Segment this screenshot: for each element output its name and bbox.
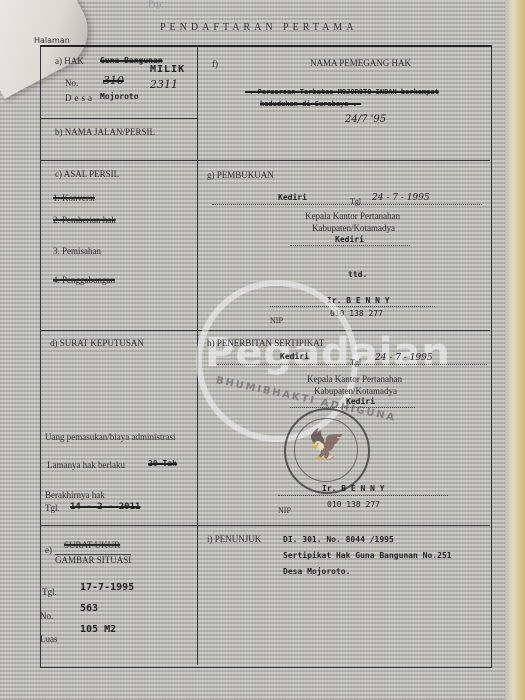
pembukuan-place: Kediri (278, 193, 307, 202)
pembukuan-label: g) PEMBUKUAN (207, 170, 274, 180)
surat-keputusan-label: d) SURAT KEPUTUSAN (50, 338, 144, 348)
asal-item-1: 1. Konversi (53, 193, 95, 203)
penunjuk-line2: Sertipikat Hak Guna Bangunan No.251 (283, 551, 452, 560)
pembukuan-office-1: Kepala Kantor Pertanahan (305, 211, 400, 221)
pembukuan-tgl-value: 24 - 7 - 1995 (372, 193, 430, 203)
no-label: No. (65, 78, 78, 88)
pencil-mark: Pqr (148, 0, 163, 10)
luas-value: 105 M2 (80, 624, 116, 635)
penerbitan-nip-label: NIP (278, 506, 291, 515)
penerbitan-city: Kediri (346, 397, 375, 406)
asal-item-4: 4. Penggabungan (53, 275, 115, 285)
surat-ukur-struck: SURAT UKUR (64, 540, 120, 550)
divider-f-g (40, 160, 490, 161)
pembukuan-ttd: ttd. (348, 270, 367, 279)
uang-pemasukan-label: Uang pemasukan/biaya administrasi (45, 432, 175, 442)
berakhir-tgl-value: 14 - 2 - 2011 (70, 502, 140, 512)
asal-persil-label: c) ASAL PERSIL (55, 169, 119, 179)
divider-a-b (40, 118, 198, 119)
pemegang-struck-line1: -. Perseroan Terbatas MOJOROTO INDAH ber… (245, 88, 439, 96)
hak-value: MILIK (150, 64, 185, 75)
pembukuan-office-2: Kabupaten/Kotamadya (312, 223, 395, 233)
dotted-line (290, 245, 410, 246)
desa-label: Desa (65, 93, 95, 103)
halaman-label: Halaman (34, 36, 70, 45)
section-f-label: f) (212, 59, 218, 69)
gambar-situasi-label: GAMBAR SITUASI (55, 554, 131, 565)
asal-item-3: 3. Pemisahan (53, 246, 101, 256)
nama-jalan-label: b) NAMA JALAN/PERSIL (55, 127, 155, 137)
pembukuan-tgl-label: Tgl (350, 197, 361, 206)
berakhir-label: Berakhirnya hak (45, 490, 105, 500)
dotted-line (278, 495, 448, 496)
e-no-label: No. (40, 611, 53, 621)
lamanya-label: Lamanya hak berlaku (47, 460, 125, 470)
nama-pemegang-header: NAMA PEMEGANG HAK (310, 58, 411, 68)
pembukuan-city: Kediri (335, 235, 364, 244)
no-struck: 310 (103, 74, 124, 87)
penerbitan-office-1: Kepala Kantor Pertanahan (307, 374, 402, 384)
e-no-value: 563 (80, 603, 98, 614)
e-tgl-value: 17-7-1995 (80, 582, 134, 593)
penunjuk-label: i) PENUNJUK (207, 534, 261, 544)
no-value: 2311 (150, 78, 178, 91)
penerbitan-nip-value: 010 138 277 (327, 500, 380, 509)
table-surface (505, 0, 525, 700)
document-title: PENDAFTARAN PERTAMA (160, 22, 357, 33)
penerbitan-office-2: Kabupaten/Kotamadya (314, 386, 397, 396)
penunjuk-line1: DI. 301. No. 8044 /1995 (283, 535, 394, 544)
dotted-line (290, 407, 415, 408)
berakhir-tgl-label: Tgl. (45, 503, 60, 513)
penerbitan-official-name: Ir. B E N N Y (322, 484, 385, 493)
e-tgl-label: Tgl. (42, 587, 57, 597)
penerbitan-label: h) PENERBITAN SERTIPIKAT (207, 338, 324, 348)
pemegang-struck-line2: kedudukan di Surabaya .- (260, 100, 361, 108)
dotted-line (212, 204, 482, 205)
hak-label: a) HAK (55, 56, 84, 66)
penunjuk-line3: Desa Mojoroto. (283, 567, 350, 576)
section-e-prefix: e) (45, 545, 52, 555)
divider-d-e (40, 525, 490, 526)
garuda-emblem-icon: 🦅 (308, 428, 345, 463)
penerbitan-place: Kediri (280, 352, 309, 361)
desa-value: Mojoroto (100, 92, 139, 101)
penerbitan-tgl-label: Tgl (350, 358, 361, 367)
luas-label: Luas (40, 634, 58, 644)
pembukuan-official-name: Ir. B E N N Y (327, 296, 390, 305)
asal-item-2: 2. Pemberian hak (53, 215, 116, 225)
pemegang-annotation: 24/7 '95 (345, 114, 386, 125)
lamanya-value: 20 Tah (148, 459, 177, 468)
penerbitan-tgl-value: 24 - 7 - 1995 (375, 353, 433, 363)
